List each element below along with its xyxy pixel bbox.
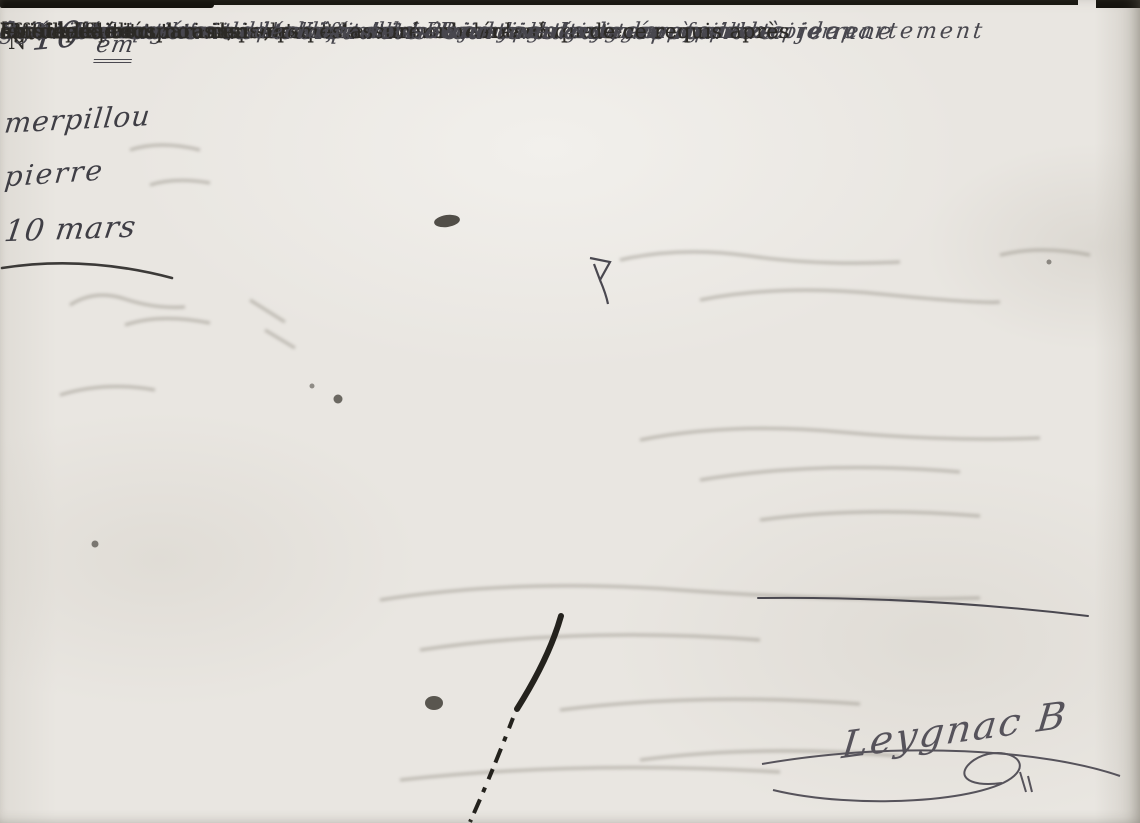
bleed-through-ghost (60, 145, 1090, 780)
ink-and-ghost-overlay (0, 0, 1140, 823)
printed-text: de ce requis après (589, 19, 790, 43)
margin-firstname: pierre (3, 154, 106, 194)
handwritten-text: déclaré ne savoir signé (253, 19, 574, 43)
scan-top-edge-left (0, 0, 214, 8)
deed-line-lecture-faite: lecture faite. (0, 19, 151, 43)
margin-surname: merpillou (3, 99, 153, 140)
check-mark-flourish (590, 258, 610, 304)
diagonal-ink-stroke-dotted (470, 718, 513, 822)
death-certificate-scan: N° 10 em merpillou pierre 10 mars L'an m… (0, 0, 1140, 823)
scan-top-edge-right (1096, 0, 1140, 8)
ink-blots (92, 213, 1052, 710)
margin-flourish-line (2, 263, 172, 278)
diagonal-ink-stroke (517, 616, 561, 709)
mayor-signature: Leygnac B (840, 693, 1070, 767)
after-bon-flourish (758, 598, 1088, 616)
margin-date: 10 mars (2, 210, 138, 250)
signature-flourish (762, 750, 1120, 801)
printed-text: lecture faite. (0, 19, 140, 43)
